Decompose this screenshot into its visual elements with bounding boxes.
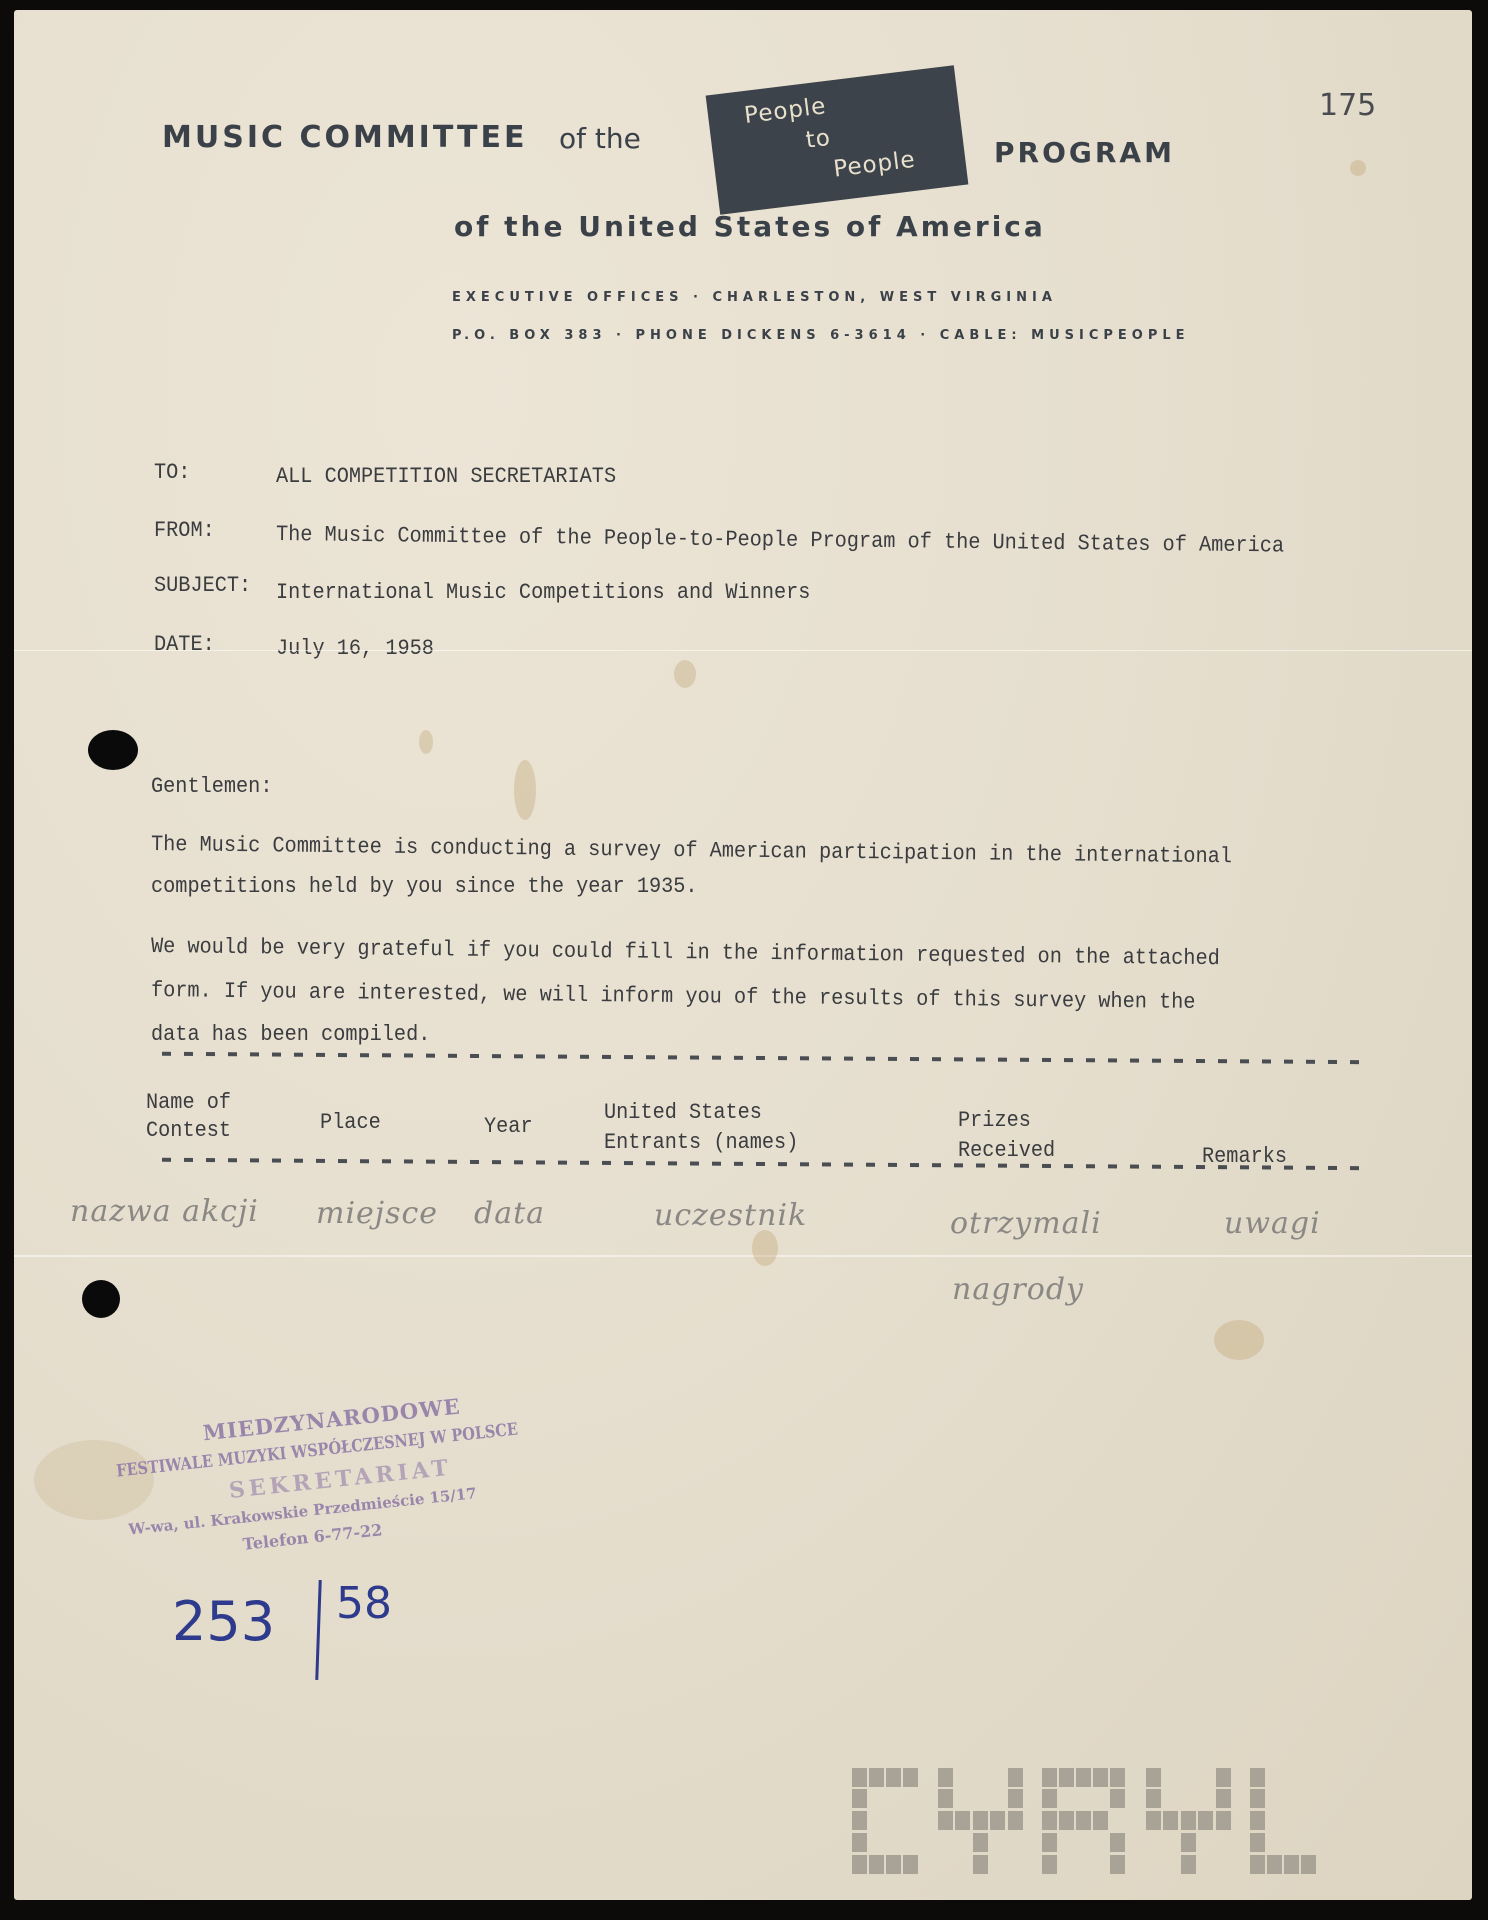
logo-line-3: People (832, 147, 917, 183)
logo-line-1: People (743, 93, 828, 129)
hand-year: data (474, 1196, 545, 1231)
header-prizes-line1: Prizes (958, 1108, 1031, 1133)
stamp-line-5: Telefon 6-77-22 (242, 1520, 383, 1554)
stain (34, 1440, 154, 1520)
header-place: Place (320, 1110, 381, 1135)
memo-date-value: July 16, 1958 (276, 636, 434, 661)
letterhead-address-2: P.O. BOX 383 · PHONE DICKENS 6-3614 · CA… (452, 328, 1190, 343)
table-bottom-rule (162, 1158, 1370, 1170)
letterhead-address-1: EXECUTIVE OFFICES · CHARLESTON, WEST VIR… (452, 290, 1057, 305)
memo-to-label: TO: (154, 460, 190, 485)
stain (674, 660, 696, 688)
stain (419, 730, 433, 754)
hand-place: miejsce (316, 1196, 438, 1231)
registry-divider (315, 1580, 321, 1680)
letterhead-title-left: MUSIC COMMITTEE (162, 120, 527, 155)
memo-from-value: The Music Committee of the People-to-Peo… (276, 522, 1284, 558)
memo-date-label: DATE: (154, 632, 215, 657)
paragraph-2-line-1: We would be very grateful if you could f… (151, 934, 1220, 971)
hand-prizes-extra: nagrody (952, 1272, 1084, 1307)
table-top-rule (162, 1052, 1370, 1064)
paragraph-1-line-2: competitions held by you since the year … (151, 874, 698, 899)
salutation: Gentlemen: (151, 774, 272, 799)
logo-line-2: to (804, 125, 832, 154)
punch-hole (88, 730, 138, 770)
letterhead-of-the: of the (559, 122, 641, 155)
hand-contest: nazwa akcji (70, 1194, 259, 1229)
paragraph-1-line-1: The Music Committee is conducting a surv… (151, 832, 1232, 869)
header-entrants-line1: United States (604, 1100, 762, 1125)
document-page: MUSIC COMMITTEE of the People to People … (14, 10, 1472, 1900)
header-contest-line2: Contest (146, 1118, 231, 1143)
stain (514, 760, 536, 820)
paragraph-2-line-3: data has been compiled. (151, 1022, 430, 1047)
memo-to-value: ALL COMPETITION SECRETARIATS (276, 464, 616, 489)
letterhead-subtitle: of the United States of America (454, 210, 1046, 243)
stain (1214, 1320, 1264, 1360)
memo-subject-value: International Music Competitions and Win… (276, 580, 810, 605)
people-to-people-logo: People to People (706, 65, 969, 215)
header-year: Year (484, 1114, 533, 1139)
stain (752, 1230, 778, 1266)
punch-hole (82, 1280, 120, 1318)
hand-prizes: otrzymali (950, 1206, 1102, 1241)
paper-fold (14, 1255, 1472, 1257)
hand-remarks: uwagi (1224, 1206, 1321, 1241)
registry-number-left: 253 (172, 1590, 275, 1653)
memo-subject-label: SUBJECT: (154, 573, 251, 598)
header-prizes-line2: Received (958, 1138, 1055, 1163)
page-number-handwritten: 175 (1319, 88, 1376, 123)
letterhead-title-right: PROGRAM (994, 136, 1175, 169)
stain (1350, 160, 1366, 176)
paragraph-2-line-2: form. If you are interested, we will inf… (151, 978, 1196, 1015)
registry-number-right: 58 (336, 1578, 392, 1629)
header-entrants-line2: Entrants (names) (604, 1130, 798, 1155)
memo-from-label: FROM: (154, 518, 215, 543)
hand-entrants: uczestnik (654, 1198, 807, 1233)
header-contest-line1: Name of (146, 1090, 231, 1115)
